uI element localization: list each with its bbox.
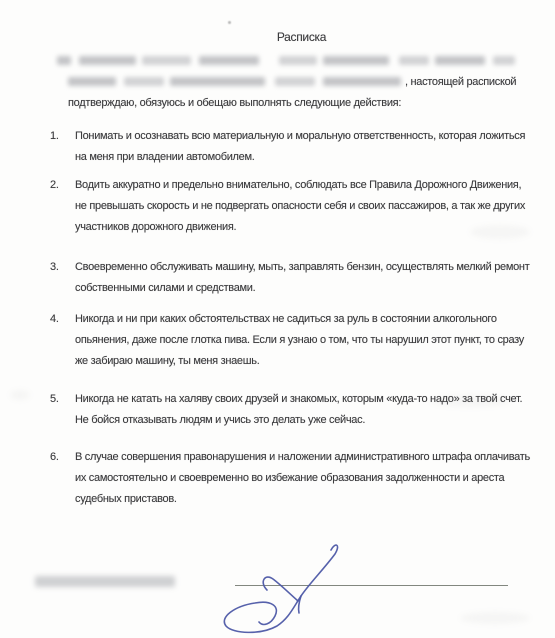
list-item-4: 4. Никогда и ни при каких обстоятельства… xyxy=(50,309,530,372)
redacted-text xyxy=(57,56,71,65)
list-item-text: Понимать и осознавать всю материальную и… xyxy=(75,126,530,168)
document-page: Расписка , настоящей распиской подтвержд… xyxy=(0,0,555,638)
redacted-line-2: , настоящей распиской xyxy=(0,72,555,93)
redacted-text xyxy=(323,77,401,86)
intro-text: подтверждаю, обязуюсь и обещаю выполнять… xyxy=(0,93,555,114)
list-item-1: 1. Понимать и осознавать всю материальну… xyxy=(50,126,530,168)
redacted-text xyxy=(142,56,191,65)
document-title: Расписка xyxy=(24,27,555,48)
list-item-number: 5. xyxy=(50,389,75,431)
signature-stroke-loop xyxy=(263,577,298,601)
list-item-3: 3. Своевременно обслуживать машину, мыть… xyxy=(50,257,530,299)
list-item-number: 2. xyxy=(50,175,75,238)
scan-speckle xyxy=(228,21,231,24)
signature xyxy=(205,540,375,636)
redacted-text xyxy=(493,56,515,65)
redacted-text xyxy=(435,56,485,65)
redacted-text xyxy=(79,56,136,65)
redacted-text xyxy=(399,56,429,65)
scan-noise xyxy=(430,395,510,407)
redacted-date-name xyxy=(35,576,175,587)
list-item-text: Своевременно обслуживать машину, мыть, з… xyxy=(75,257,530,299)
redacted-text xyxy=(199,56,259,65)
intro-paragraph: , настоящей распиской подтверждаю, обязу… xyxy=(0,51,555,114)
redacted-text xyxy=(124,77,164,86)
list-item-number: 4. xyxy=(50,309,75,372)
list-item-number: 3. xyxy=(50,257,75,299)
scan-noise xyxy=(470,225,530,239)
redacted-text xyxy=(323,56,389,65)
redacted-line-1 xyxy=(0,51,555,72)
list-item-number: 6. xyxy=(50,447,75,510)
redacted-text xyxy=(68,77,116,86)
list-item-2: 2. Водить аккуратно и предельно внимател… xyxy=(50,175,530,238)
list-item-text: В случае совершения правонарушения и нал… xyxy=(75,447,530,510)
list-item-6: 6. В случае совершения правонарушения и … xyxy=(50,447,530,510)
intro-visible-text: , настоящей распиской xyxy=(405,76,516,88)
redacted-text xyxy=(170,77,265,86)
redacted-text xyxy=(279,56,317,65)
redacted-text xyxy=(275,77,315,86)
scan-noise xyxy=(460,612,530,624)
list-item-text: Никогда и ни при каких обстоятельствах н… xyxy=(75,309,530,372)
list-item-number: 1. xyxy=(50,126,75,168)
signature-stroke-main xyxy=(224,545,337,632)
scan-noise xyxy=(10,390,30,400)
list-item-text: Водить аккуратно и предельно внимательно… xyxy=(75,175,530,238)
